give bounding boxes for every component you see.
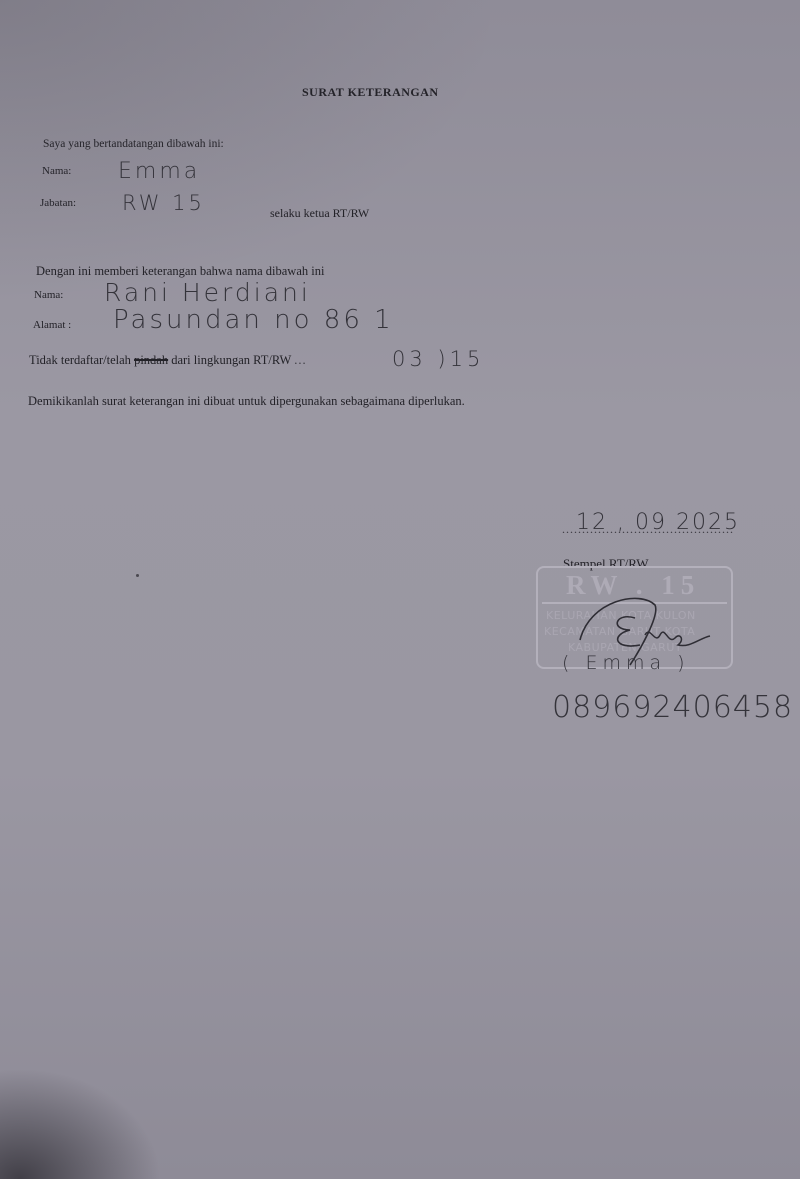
signature-name: ( Emma ) — [562, 652, 690, 674]
registration-prefix: Tidak terdaftar/telah — [29, 353, 131, 367]
signatory-name-label: Nama: — [42, 165, 71, 177]
signatory-intro: Saya yang bertandatangan dibawah ini: — [43, 138, 224, 150]
subject-address-value: Pasundan no 86 1 — [113, 305, 394, 335]
subject-address-label: Alamat : — [33, 319, 71, 331]
paper-speck — [136, 574, 139, 577]
struck-word: pindah — [134, 353, 168, 367]
signatory-position-value: RW 15 — [122, 191, 205, 215]
document-page: SURAT KETERANGAN Saya yang bertandatanga… — [0, 0, 800, 1179]
registration-dots: ... — [294, 353, 306, 367]
role-suffix: selaku ketua RT/RW — [270, 206, 369, 221]
signatory-name-value: Emma — [118, 159, 200, 184]
rt-rw-value: 03 )15 — [392, 347, 484, 371]
phone-number: 089692406458 — [552, 690, 793, 725]
registration-line: Tidak terdaftar/telah pindah dari lingku… — [29, 353, 307, 368]
subject-name-value: Rani Herdiani — [104, 278, 311, 307]
date-value: 12 , 09 2025 — [576, 510, 740, 535]
closing-sentence: Demikikanlah surat keterangan ini dibuat… — [28, 394, 465, 409]
statement-intro: Dengan ini memberi keterangan bahwa nama… — [36, 264, 324, 279]
signatory-position-label: Jabatan: — [40, 197, 76, 209]
registration-middle: dari lingkungan RT/RW — [171, 353, 291, 367]
subject-name-label: Nama: — [34, 289, 63, 301]
document-title: SURAT KETERANGAN — [302, 85, 439, 100]
